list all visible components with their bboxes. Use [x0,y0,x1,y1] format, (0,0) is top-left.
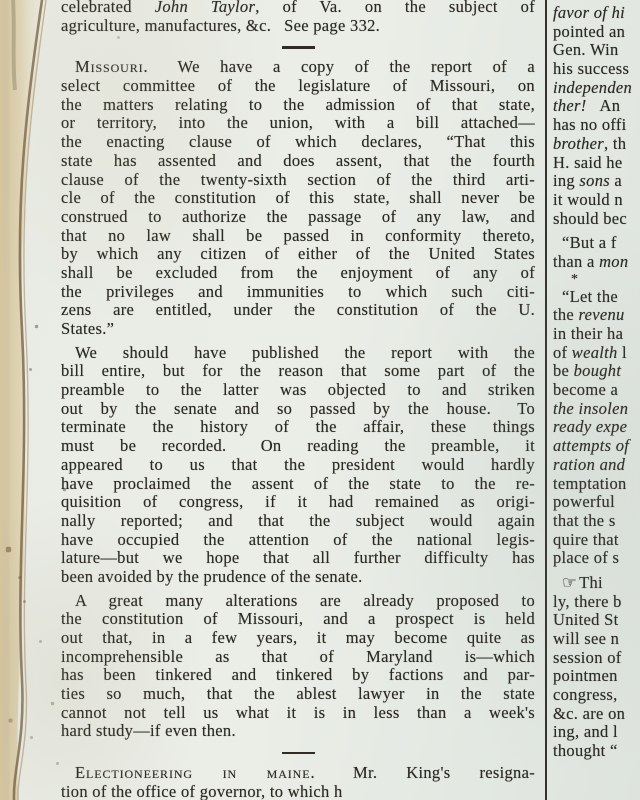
text-segment: An [587,96,621,115]
text-segment: mon [599,252,628,271]
text-segment: ly, there b [553,592,622,611]
left-column: celebrated John Taylor, of Va. on the su… [61,0,535,800]
text-line: lature—but we hope that all further diff… [61,549,535,568]
text-segment: , th [604,134,626,153]
text-segment: the [553,305,578,324]
text-line: should bec [553,210,640,229]
text-segment: cle of the constitution of this state, s… [61,188,535,207]
text-line: the matters relating to the admission of… [61,96,535,115]
text-line: We should have published the report with… [61,344,535,363]
text-line: ties so much, that the ablest lawyer in … [61,685,535,704]
text-line: ly, there b [553,593,640,612]
text-segment: ing, and l [553,722,618,741]
text-line: out that, in a few years, it may become … [61,629,535,648]
text-segment: hard study—if even then. [61,721,236,740]
text-segment: of [553,343,572,362]
section-divider [61,747,535,759]
text-segment: or territory, into the union, with a bil… [61,113,535,132]
text-line: select committee of the legislature of M… [61,77,535,96]
text-segment: his success [553,59,629,78]
text-segment: pointmen [553,666,618,685]
text-line: ready expe [553,418,640,437]
text-segment: ties so much, that the ablest lawyer in … [61,684,535,703]
text-segment: A great many alterations are already pro… [75,591,535,610]
text-segment: l [618,343,627,362]
text-segment: zens are entitled, under the constitutio… [61,300,535,319]
text-segment: United St [553,610,619,629]
text-segment: out by the senate and so passed by the h… [61,399,535,418]
text-line: session of [553,649,640,668]
text-segment: shall be excluded from the enjoyment of … [61,263,535,282]
text-line: become a [553,381,640,400]
text-line: appeared to us that the president would … [61,456,535,475]
text-line: the privileges and immunities to which s… [61,283,535,302]
text-line: has been tinkered and tinkered by factio… [61,666,535,685]
text-line: &c. are on [553,705,640,724]
text-segment: the matters relating to the admission of… [61,95,535,114]
text-segment: Thi [579,573,603,592]
text-line: pointmen [553,667,640,686]
text-segment: that the s [553,511,616,530]
text-segment: brother [553,134,604,153]
text-line: quisition of congress, if it had remaine… [61,493,535,512]
text-segment: bought [574,361,622,380]
text-line: favor of hi [553,4,640,23]
text-line: brother, th [553,135,640,154]
text-segment: session of [553,648,622,667]
text-segment: ing [553,171,579,190]
text-line: cannot not tell us what it is in less th… [61,704,535,723]
text-line: agriculture, manufactures, &c. See page … [61,17,535,36]
text-line: have occupied the attention of the natio… [61,531,535,550]
paragraph: A great many alterations are already pro… [61,592,535,742]
text-segment: construed to authorize the passage of an… [61,207,535,226]
text-line: that the s [553,512,640,531]
text-line: bill entire, but for the reason that som… [61,362,535,381]
text-segment: place of s [553,548,619,567]
text-line: ing, and l [553,723,640,742]
text-line: independen [553,79,640,98]
text-segment: has no offi [553,115,627,134]
text-segment: the constitution of Missouri, and a pros… [61,609,535,628]
text-segment: have occupied the attention of the natio… [61,530,535,549]
text-segment: favor of hi [553,3,625,22]
text-segment: quire that [553,530,619,549]
text-segment: pointed an [553,22,625,41]
text-line: cle of the constitution of this state, s… [61,189,535,208]
text-line: been avoided by the prudence of the sena… [61,568,535,587]
text-line: Missouri. We have a copy of the report o… [61,58,535,77]
paragraph: “But a fthan a mon [553,234,640,271]
text-line: the enacting clause of which declares, “… [61,133,535,152]
text-line: than a mon [553,253,640,272]
text-segment: will see n [553,629,619,648]
text-line: “Let the [553,288,640,307]
text-segment: in their ha [553,324,623,343]
text-line: nally reported; and that the subject wou… [61,512,535,531]
text-line: in their ha [553,325,640,344]
text-segment: by which any citizen of either of the Un… [61,244,535,263]
text-segment: bill entire, but for the reason that som… [61,361,535,380]
text-line: powerful [553,493,640,512]
text-line: States.” [61,320,535,339]
text-line: incomprehensible as that of Maryland is—… [61,648,535,667]
text-line: H. said he [553,154,640,173]
text-line: out by the senate and so passed by the h… [61,400,535,419]
text-segment: , of Va. on the subject of [255,0,535,16]
text-line: that no law shall be passed in conformit… [61,227,535,246]
text-segment: been avoided by the prudence of the sena… [61,567,363,586]
text-segment: should bec [553,209,627,228]
text-line: by which any citizen of either of the Un… [61,245,535,264]
text-line: celebrated John Taylor, of Va. on the su… [61,0,535,17]
text-line: temptation [553,475,640,494]
text-segment: has been tinkered and tinkered by factio… [61,665,535,684]
text-line: hard study—if even then. [61,722,535,741]
text-line: United St [553,611,640,630]
text-segment: wealth [572,343,618,362]
text-line: the constitution of Missouri, and a pros… [61,610,535,629]
text-segment: it would n [553,190,623,209]
text-line: clause of the twenty-sixth section of th… [61,171,535,190]
text-segment: clause of the twenty-sixth section of th… [61,170,535,189]
text-line: state has assented and does assent, that… [61,152,535,171]
text-segment: temptation [553,474,627,493]
text-segment: a [610,171,622,190]
text-segment: lature—but we hope that all further diff… [61,548,535,567]
text-line: or territory, into the union, with a bil… [61,114,535,133]
paper-edge [0,0,70,800]
text-segment: thought “ [553,741,618,760]
text-segment: the privileges and immunities to which s… [61,282,535,301]
paragraph: ☞Thily, there bUnited Stwill see nsessio… [553,574,640,761]
text-segment: quisition of congress, if it had remaine… [61,492,535,511]
text-segment: Mr. King's resigna- [315,763,535,782]
text-segment: revenu [578,305,624,324]
text-line: have proclaimed the assent of the state … [61,475,535,494]
text-line: tion of the office of governor, to which… [61,783,535,800]
text-segment: terminate the history of the affair, the… [61,417,535,436]
text-line: ☞Thi [553,574,640,593]
paragraph: “Let thethe revenuin their haof wealth l… [553,288,640,568]
text-segment: Gen. Win [553,40,619,59]
text-line: “But a f [553,234,640,253]
text-segment: celebrated [61,0,155,16]
paragraph: Missouri. We have a copy of the report o… [61,58,535,338]
text-line: zens are entitled, under the constitutio… [61,301,535,320]
text-line: preamble to the latter was objected to a… [61,381,535,400]
text-segment: have proclaimed the assent of the state … [61,474,535,493]
section-divider-rule [282,752,315,755]
column-divider-rule [545,0,547,800]
paragraph: Electioneering in maine. Mr. King's resi… [61,764,535,800]
text-segment: that no law shall be passed in conformit… [61,226,535,245]
text-segment: States.” [61,319,114,338]
text-line: Gen. Win [553,41,640,60]
text-segment: We have a copy of the report of a [149,57,535,76]
text-line: Electioneering in maine. Mr. King's resi… [61,764,535,783]
text-line: has no offi [553,116,640,135]
text-line: of wealth l [553,344,640,363]
text-line: his success [553,60,640,79]
text-segment: select committee of the legislature of M… [61,76,535,95]
text-segment: We should have published the report with… [75,343,535,362]
text-line: quire that [553,531,640,550]
text-segment: Missouri. [75,57,149,76]
text-line: construed to authorize the passage of an… [61,208,535,227]
text-segment: nally reported; and that the subject wou… [61,511,535,530]
text-line: be bought [553,362,640,381]
text-line: ing sons a [553,172,640,191]
paper-corner-mark [13,0,15,90]
section-divider [61,41,535,53]
text-segment: be [553,361,574,380]
paper-specks [0,0,1,1]
text-line: ther! An [553,97,640,116]
text-segment: ther! [553,96,587,115]
text-segment: Electioneering in maine. [75,763,315,782]
text-segment: incomprehensible as that of Maryland is—… [61,647,535,666]
text-line: attempts of [553,437,640,456]
text-segment: sons [579,171,610,190]
paragraph: We should have published the report with… [61,344,535,587]
text-line: will see n [553,630,640,649]
text-segment: H. said he [553,153,622,172]
pointing-hand-icon: ☞ [562,573,577,592]
text-segment: must be recorded. On reading the preambl… [61,436,535,455]
section-divider-rule [282,46,315,49]
text-line: the insolen [553,400,640,419]
text-line: must be recorded. On reading the preambl… [61,437,535,456]
text-line: it would n [553,191,640,210]
text-segment: out that, in a few years, it may become … [61,628,535,647]
text-segment: state has assented and does assent, that… [61,151,535,170]
paragraph: celebrated John Taylor, of Va. on the su… [61,0,535,35]
text-line: A great many alterations are already pro… [61,592,535,611]
text-segment: appeared to us that the president would … [61,455,535,474]
text-line: pointed an [553,23,640,42]
text-segment: than a [553,252,599,271]
right-column: favor of hipointed anGen. Winhis success… [553,4,640,761]
text-line: place of s [553,549,640,568]
text-segment: attempts of [553,436,629,455]
text-segment: “Let the [562,287,618,306]
separator-mark: * [553,274,640,288]
text-segment: powerful [553,492,615,511]
text-segment: cannot not tell us what it is in less th… [61,703,535,722]
text-line: ration and [553,456,640,475]
text-line: thought “ [553,742,640,761]
text-segment: John Taylor [155,0,256,16]
text-segment: ready expe [553,417,627,436]
text-line: congress, [553,686,640,705]
newspaper-page: celebrated John Taylor, of Va. on the su… [0,0,640,800]
text-segment: tion of the office of governor, to which… [61,782,343,800]
text-segment: agriculture, manufactures, &c. See page … [61,16,380,35]
text-segment: independen [553,78,632,97]
text-segment: preamble to the latter was objected to a… [61,380,535,399]
text-line: shall be excluded from the enjoyment of … [61,264,535,283]
text-segment: the enacting clause of which declares, “… [61,132,535,151]
text-segment: ration and [553,455,625,474]
text-segment: “But a f [562,233,617,252]
text-line: terminate the history of the affair, the… [61,418,535,437]
paragraph: favor of hipointed anGen. Winhis success… [553,4,640,228]
text-segment: &c. are on [553,704,625,723]
text-line: the revenu [553,306,640,325]
text-segment: congress, [553,685,618,704]
text-segment: become a [553,380,618,399]
text-segment: the insolen [553,399,628,418]
